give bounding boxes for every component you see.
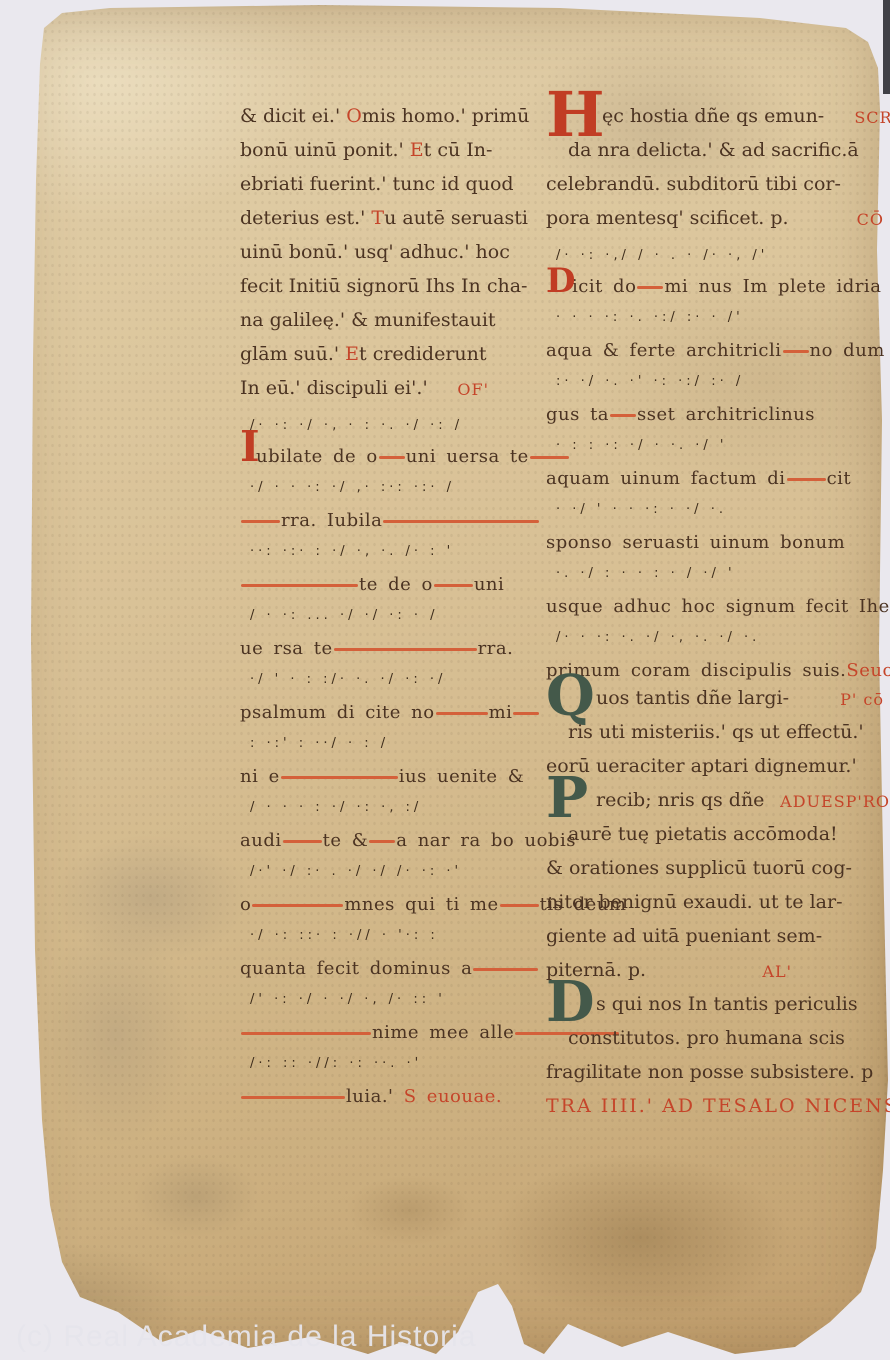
rubricated-text: E <box>410 139 424 161</box>
rubricated-text: Seuouae <box>846 660 890 681</box>
red-staff-line <box>500 904 539 907</box>
red-staff-line <box>610 414 636 417</box>
neume-row: /· ·: ·‚/ / · . · /· ·‚ /' <box>546 236 882 276</box>
neume-row: / · · · : ·/ ·: ·‚ :/ <box>240 788 534 830</box>
neume-row: · ·/ ' · · ·: · ·/ ·. <box>546 490 882 532</box>
text-line: uinū bonū.' usq' adhuc.' hoc <box>240 236 534 270</box>
text-line: eorū ueraciter aptari dignemur.' <box>546 750 882 784</box>
text-line: sponso seruasti uinum bonum <box>546 532 882 554</box>
neume-row: ·. ·/ : · · : · / ·/ ' <box>546 554 882 596</box>
red-staff-line <box>513 712 539 715</box>
text-line: Ds qui nos In tantis periculis <box>546 988 882 1022</box>
neume-row: · · · ·: ·. ·:/ :· · /' <box>546 298 882 340</box>
red-staff-line <box>252 904 343 907</box>
text-column-left: & dicit ei.' Omis homo.' primūbonū uinū … <box>240 100 534 1108</box>
red-staff-line <box>436 712 488 715</box>
red-staff-line <box>283 840 322 843</box>
text-line: deterius est.' Tu autē seruasti <box>240 202 534 236</box>
text-line: te de ouni <box>240 574 534 596</box>
red-staff-line <box>281 776 398 779</box>
rubricated-text: O <box>346 105 362 127</box>
rubricated-text: E <box>345 343 359 365</box>
red-staff-line <box>787 478 826 481</box>
illuminated-initial: D <box>546 986 595 1019</box>
red-staff-line <box>434 584 473 587</box>
photo-edge-strip <box>883 0 890 94</box>
text-line: na galileę.' & munifestauit <box>240 304 534 338</box>
red-staff-line <box>473 968 538 971</box>
illuminated-initial: D <box>546 270 576 292</box>
text-line: constitutos. pro humana scis <box>546 1022 882 1056</box>
illuminated-initial: I <box>240 436 260 458</box>
copyright-watermark: (c) Real Academia de la Historia <box>16 1320 477 1354</box>
text-line: fragilitate non posse subsistere. p <box>546 1056 882 1090</box>
text-line: pora mentesq' scificet. p.CŌ <box>546 202 882 236</box>
text-line: & orationes supplicū tuorū cog- <box>546 852 882 886</box>
text-line: Dicit domi nus Im plete idria <box>546 276 882 298</box>
text-line: Quos tantis dñe largi-P' cō <box>546 682 882 716</box>
neume-row: / · ·: ... ·/ ·/ ·: · / <box>240 596 534 638</box>
text-line: giente ad uitā pueniant sem- <box>546 920 882 954</box>
rubric-line: TRA IIII.' AD TESALO NICENS. <box>546 1090 882 1124</box>
neume-row: · : : ·: ·/ · ·. ·/ ' <box>546 426 882 468</box>
text-line: In eū.' discipuli ei'.'OF' <box>240 372 534 406</box>
text-column-right: Hęc hostia dñe qs emun-SCR'da nra delict… <box>546 100 882 1124</box>
text-line: piternā. p.AL' <box>546 954 882 988</box>
margin-rubric: P' cō <box>840 683 884 716</box>
neume-row: /' ·: ·/ · ·/ ·‚ /· :: ' <box>240 980 534 1022</box>
margin-rubric: ADUESP'RO <box>780 785 890 818</box>
text-line: primum coram discipulis suis.Seuouae <box>546 660 882 682</box>
red-staff-line <box>379 456 405 459</box>
text-line: rra. Iubila <box>240 510 534 532</box>
margin-rubric: SCR' <box>854 101 890 134</box>
text-line: bonū uinū ponit.' Et cū In- <box>240 134 534 168</box>
margin-rubric: CŌ <box>857 203 884 236</box>
text-line: Iubilate de ouni uersa te <box>240 446 534 468</box>
text-line: aurē tuę pietatis accōmoda! <box>546 818 882 852</box>
neume-row: /· ·: ·/ ·‚ · : ·. ·/ ·: / <box>240 406 534 446</box>
text-line: ni eius uenite & <box>240 766 534 788</box>
neume-row: ·/ ·: ::· : ·// · '·: : <box>240 916 534 958</box>
red-staff-line <box>241 520 280 523</box>
red-staff-line <box>783 350 809 353</box>
text-line: omnes qui ti metis deum <box>240 894 534 916</box>
red-staff-line <box>241 1096 345 1099</box>
text-line: ue rsa terra. <box>240 638 534 660</box>
text-line: celebrandū. subditorū tibi cor- <box>546 168 882 202</box>
text-line: luia.' S euouae. <box>240 1086 534 1108</box>
illuminated-initial: P <box>546 782 588 815</box>
red-staff-line <box>241 1032 371 1035</box>
neume-row: ·/ · · ·: ·/ ‚· :·: ·:· / <box>240 468 534 510</box>
illuminated-initial: H <box>546 98 605 131</box>
red-staff-line <box>334 648 477 651</box>
neume-row: /·' ·/ :· . ·/ ·/ /· ·: ·' <box>240 852 534 894</box>
text-line: glām suū.' Et crediderunt <box>240 338 534 372</box>
red-staff-line <box>637 286 663 289</box>
rubricated-text: T <box>371 207 384 229</box>
text-line: Precib; nris qs dñeADUESP'RO <box>546 784 882 818</box>
text-line: psalmum di cite nomi <box>240 702 534 724</box>
red-staff-line <box>241 584 358 587</box>
text-line: fecit Initiū signorū Ihs In cha- <box>240 270 534 304</box>
neume-row: ·/ ' · : :/· ·. ·/ ·: ·/ <box>240 660 534 702</box>
margin-rubric: OF' <box>457 373 489 406</box>
photo-background: & dicit ei.' Omis homo.' primūbonū uinū … <box>0 0 890 1360</box>
text-line: ris uti misteriis.' qs ut effectū.' <box>546 716 882 750</box>
text-line: quanta fecit dominus a <box>240 958 534 980</box>
text-line: ebriati fuerint.' tunc id quod <box>240 168 534 202</box>
neume-row: /· · ·: ·. ·/ ·‚ ·. ·/ ·. <box>546 618 882 660</box>
neume-row: : ·:' : ··/ · : / <box>240 724 534 766</box>
text-line: nime mee alle <box>240 1022 534 1044</box>
text-line: gus tasset architriclinus <box>546 404 882 426</box>
red-staff-line <box>369 840 395 843</box>
margin-rubric: AL' <box>762 955 792 988</box>
illuminated-initial: Q <box>546 680 595 713</box>
rubricated-text: S euouae. <box>404 1086 502 1107</box>
text-line: audite &a nar ra bo uobis <box>240 830 534 852</box>
neume-row: /·: :: ·//: ·: ··. ·' <box>240 1044 534 1086</box>
text-line: Hęc hostia dñe qs emun-SCR' <box>546 100 882 134</box>
text-line: da nra delicta.' & ad sacrific.ā <box>546 134 882 168</box>
text-line: aqua & ferte architriclino dum <box>546 340 882 362</box>
text-line: & dicit ei.' Omis homo.' primū <box>240 100 534 134</box>
text-line: nitor benignū exaudi. ut te lar- <box>546 886 882 920</box>
text-line: usque adhuc hoc signum fecit Ihesus <box>546 596 882 618</box>
text-line: aquam uinum factum dicit <box>546 468 882 490</box>
neume-row: :· ·/ ·. ·' ·: ·:/ :· / <box>546 362 882 404</box>
red-staff-line <box>383 520 539 523</box>
neume-row: ··: ·:· : ·/ ·‚ ·. /· : ' <box>240 532 534 574</box>
